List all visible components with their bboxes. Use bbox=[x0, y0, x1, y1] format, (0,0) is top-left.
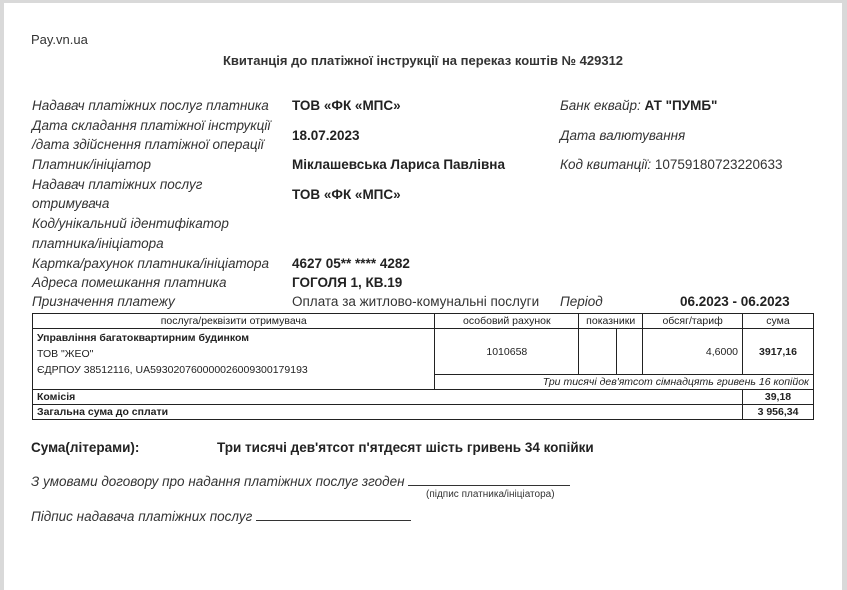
recipient-cell: Управління багатоквартирним будинком ТОВ… bbox=[33, 329, 435, 390]
value-date-label: Дата валютування bbox=[560, 128, 685, 143]
header-amount: сума bbox=[743, 314, 814, 329]
bank-value: АТ "ПУМБ" bbox=[645, 98, 718, 113]
agreement-line: З умовами договору про надання платіжних… bbox=[31, 473, 570, 489]
payer-signature-field bbox=[408, 473, 570, 486]
bank-acquirer: Банк еквайр: АТ "ПУМБ" bbox=[560, 98, 717, 113]
header-account: особовий рахунок bbox=[435, 314, 579, 329]
provider-signature-line: Підпис надавача платіжних послуг bbox=[31, 508, 411, 524]
table-header-row: послуга/реквізити отримувача особовий ра… bbox=[33, 314, 814, 329]
brand-name: Pay.vn.ua bbox=[31, 32, 88, 47]
commission-label: Комісія bbox=[33, 390, 743, 405]
total-label: Загальна сума до сплати bbox=[33, 405, 743, 420]
header-service: послуга/реквізити отримувача bbox=[33, 314, 435, 329]
service-name: Управління багатоквартирним будинком bbox=[37, 330, 430, 346]
account-value: 1010658 bbox=[435, 329, 579, 375]
total-value: 3 956,34 bbox=[743, 405, 814, 420]
payer-id-label-2: платника/ініціатора bbox=[32, 236, 164, 251]
payer-signature-caption: (підпис платника/ініціатора) bbox=[426, 489, 555, 500]
total-row: Загальна сума до сплати 3 956,34 bbox=[33, 405, 814, 420]
date-label-1: Дата складання платіжної інструкції bbox=[32, 118, 270, 133]
period-label: Період bbox=[560, 294, 603, 309]
reading-1 bbox=[579, 329, 617, 375]
services-table: послуга/реквізити отримувача особовий ра… bbox=[32, 313, 814, 420]
commission-row: Комісія 39,18 bbox=[33, 390, 814, 405]
header-readings: показники bbox=[579, 314, 643, 329]
date-value: 18.07.2023 bbox=[292, 128, 360, 143]
header-tariff: обсяг/тариф bbox=[643, 314, 743, 329]
receipt-code-label: Код квитанції: bbox=[560, 157, 651, 172]
tariff-value: 4,6000 bbox=[643, 329, 743, 375]
commission-value: 39,18 bbox=[743, 390, 814, 405]
provider-signature-text: Підпис надавача платіжних послуг bbox=[31, 509, 252, 524]
card-value: 4627 05** **** 4282 bbox=[292, 256, 410, 271]
amount-words: Три тисячі дев'ятсот сімнадцять гривень … bbox=[435, 375, 814, 390]
table-row: Управління багатоквартирним будинком ТОВ… bbox=[33, 329, 814, 375]
address-value: ГОГОЛЯ 1, КВ.19 bbox=[292, 275, 402, 290]
payer-label: Платник/ініціатор bbox=[32, 157, 151, 172]
provider-recipient-label-1: Надавач платіжних послуг bbox=[32, 177, 202, 192]
sum-words-label: Сума(літерами): bbox=[31, 440, 139, 455]
amount-value: 3917,16 bbox=[743, 329, 814, 375]
receipt-code: Код квитанції: 10759180723220633 bbox=[560, 157, 783, 172]
provider-payer-label: Надавач платіжних послуг платника bbox=[32, 98, 269, 113]
payer-value: Міклашевська Лариса Павлівна bbox=[292, 157, 505, 172]
receipt-code-value: 10759180723220633 bbox=[655, 157, 783, 172]
agreement-text: З умовами договору про надання платіжних… bbox=[31, 474, 405, 489]
recipient-name: ТОВ "ЖЕО" bbox=[37, 346, 430, 362]
receipt-title: Квитанція до платіжної інструкції на пер… bbox=[4, 53, 842, 68]
bank-label: Банк еквайр: bbox=[560, 98, 641, 113]
sum-words-value: Три тисячі дев'ятсот п'ятдесят шість гри… bbox=[217, 440, 594, 455]
date-label-2: /дата здійснення платіжної операції bbox=[32, 137, 264, 152]
purpose-value: Оплата за житлово-комунальні послуги bbox=[292, 294, 539, 309]
reading-2 bbox=[617, 329, 643, 375]
provider-recipient-value: ТОВ «ФК «МПС» bbox=[292, 187, 401, 202]
receipt-page: Pay.vn.ua Квитанція до платіжної інструк… bbox=[4, 3, 842, 590]
provider-recipient-label-2: отримувача bbox=[32, 196, 109, 211]
period-value: 06.2023 - 06.2023 bbox=[680, 294, 790, 309]
recipient-requisites: ЄДРПОУ 38512116, UA593020760000026009300… bbox=[37, 362, 430, 378]
card-label: Картка/рахунок платника/ініціатора bbox=[32, 256, 269, 271]
purpose-label: Призначення платежу bbox=[32, 294, 175, 309]
provider-payer-value: ТОВ «ФК «МПС» bbox=[292, 98, 401, 113]
address-label: Адреса помешкання платника bbox=[32, 275, 227, 290]
payer-id-label-1: Код/унікальний ідентифікатор bbox=[32, 216, 229, 231]
provider-signature-field bbox=[256, 508, 411, 521]
